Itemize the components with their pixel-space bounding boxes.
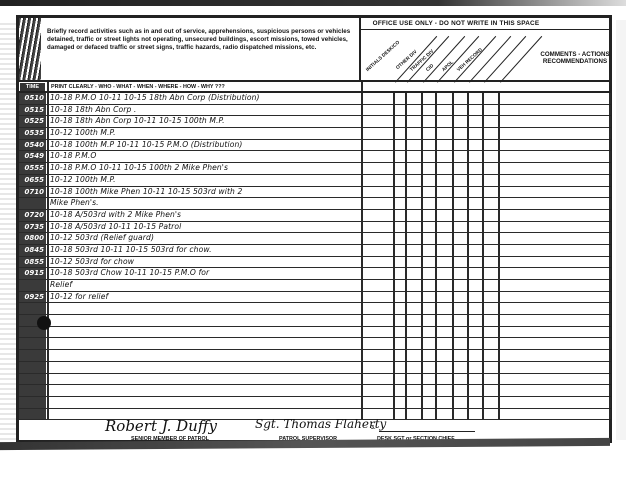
divider: [482, 222, 484, 233]
table-row: Mike Phen's.: [19, 198, 609, 210]
divider: [435, 151, 437, 162]
divider: [435, 175, 437, 186]
divider: [435, 187, 437, 198]
log-table: 051010-18 P.M.O 10-11 10-15 18th Abn Cor…: [19, 93, 609, 420]
office-use-panel: OFFICE USE ONLY - DO NOT WRITE IN THIS S…: [361, 18, 609, 82]
activity-cell: [50, 338, 360, 349]
activity-log-form: Briefly record activities such as in and…: [16, 15, 612, 443]
divider: [405, 187, 407, 198]
divider: [609, 233, 611, 244]
divider: [467, 175, 469, 186]
divider: [435, 222, 437, 233]
divider: [498, 397, 500, 408]
divider: [467, 222, 469, 233]
divider: [405, 362, 407, 373]
divider: [452, 187, 454, 198]
time-cell: 0735: [19, 222, 46, 233]
divider: [482, 268, 484, 279]
activity-cell: [50, 315, 360, 326]
divider: [393, 257, 395, 268]
divider: [609, 175, 611, 186]
time-cell: [19, 409, 46, 420]
divider: [421, 163, 423, 174]
divider: [498, 362, 500, 373]
divider: [405, 257, 407, 268]
divider: [467, 362, 469, 373]
divider: [609, 140, 611, 151]
divider: [421, 268, 423, 279]
desk-number: 3.: [371, 425, 376, 431]
divider: [609, 128, 611, 139]
time-cell: 0845: [19, 245, 46, 256]
divider: [452, 93, 454, 104]
divider: [467, 350, 469, 361]
divider: [452, 292, 454, 303]
time-cell: [19, 198, 46, 209]
divider: [361, 140, 363, 151]
activity-column-header: PRINT CLEARLY - WHO - WHAT - WHEN - WHER…: [51, 83, 225, 91]
divider: [47, 374, 49, 385]
divider: [435, 409, 437, 420]
divider: [498, 280, 500, 291]
activity-cell: 10-18 P.M.O 10-11 10-15 100th 2 Mike Phe…: [50, 163, 360, 174]
divider: [361, 362, 363, 373]
divider: [405, 268, 407, 279]
divider: [435, 374, 437, 385]
divider: [467, 245, 469, 256]
time-cell: 0549: [19, 151, 46, 162]
divider: [393, 303, 395, 314]
divider: [482, 374, 484, 385]
activity-cell: [50, 327, 360, 338]
divider: [361, 105, 363, 116]
divider: [361, 303, 363, 314]
divider: [609, 257, 611, 268]
divider: [609, 151, 611, 162]
divider: [47, 116, 49, 127]
divider: [435, 268, 437, 279]
activity-cell: 10-18 P.M.O: [50, 151, 360, 162]
divider: [435, 163, 437, 174]
desk-signature-line: [379, 431, 475, 432]
divider: [452, 374, 454, 385]
divider: [609, 338, 611, 349]
divider: [609, 303, 611, 314]
divider: [361, 385, 363, 396]
divider: [421, 116, 423, 127]
divider: [361, 257, 363, 268]
divider: [435, 292, 437, 303]
divider: [452, 280, 454, 291]
time-cell: 0535: [19, 128, 46, 139]
divider: [609, 210, 611, 221]
divider: [405, 280, 407, 291]
divider: [361, 175, 363, 186]
divider: [435, 245, 437, 256]
divider: [393, 268, 395, 279]
table-row: Relief: [19, 280, 609, 292]
divider: [421, 222, 423, 233]
divider: [467, 385, 469, 396]
divider: [609, 409, 611, 420]
divider: [609, 163, 611, 174]
divider: [467, 327, 469, 338]
time-cell: 0515: [19, 105, 46, 116]
divider: [47, 198, 49, 209]
divider: [435, 140, 437, 151]
table-row: 085510-12 503rd for chow: [19, 257, 609, 269]
divider: [482, 175, 484, 186]
divider: [47, 187, 49, 198]
divider: [405, 292, 407, 303]
divider: [452, 198, 454, 209]
divider: [498, 315, 500, 326]
divider: [500, 36, 542, 83]
time-cell: [19, 303, 46, 314]
divider: [47, 350, 49, 361]
divider: [482, 362, 484, 373]
divider: [482, 303, 484, 314]
divider: [421, 362, 423, 373]
divider: [393, 140, 395, 151]
divider: [361, 397, 363, 408]
time-cell: 0510: [19, 93, 46, 104]
divider: [609, 198, 611, 209]
divider: [405, 140, 407, 151]
divider: [498, 187, 500, 198]
divider: [467, 257, 469, 268]
divider: [405, 327, 407, 338]
divider: [361, 151, 363, 162]
divider: [421, 327, 423, 338]
divider: [609, 397, 611, 408]
divider: [393, 128, 395, 139]
divider: [467, 93, 469, 104]
divider: [467, 233, 469, 244]
divider: [421, 198, 423, 209]
divider: [47, 385, 49, 396]
divider: [435, 105, 437, 116]
divider: [482, 116, 484, 127]
divider: [393, 116, 395, 127]
divider: [405, 409, 407, 420]
divider: [609, 315, 611, 326]
time-cell: 0855: [19, 257, 46, 268]
activity-cell: 10-12 100th M.P.: [50, 128, 360, 139]
time-cell: 0720: [19, 210, 46, 221]
divider: [361, 338, 363, 349]
divider: [405, 198, 407, 209]
activity-cell: 10-18 A/503rd 10-11 10-15 Patrol: [50, 222, 360, 233]
divider: [393, 397, 395, 408]
divider: [421, 175, 423, 186]
divider: [482, 105, 484, 116]
divider: [421, 374, 423, 385]
divider: [405, 175, 407, 186]
divider: [361, 187, 363, 198]
divider: [482, 315, 484, 326]
table-row: [19, 315, 609, 327]
divider: [47, 93, 49, 104]
divider: [421, 292, 423, 303]
table-row: 065510-12 100th M.P.: [19, 175, 609, 187]
divider: [393, 245, 395, 256]
divider: [393, 280, 395, 291]
table-row: 073510-18 A/503rd 10-11 10-15 Patrol: [19, 222, 609, 234]
divider: [361, 350, 363, 361]
divider: [47, 409, 49, 420]
activity-cell: 10-18 503rd Chow 10-11 10-15 P.M.O for: [50, 268, 360, 279]
divider: [609, 105, 611, 116]
activity-cell: 10-18 A/503rd with 2 Mike Phen's: [50, 210, 360, 221]
patrol-signature: Robert J. Duffy: [105, 417, 217, 435]
table-row: 072010-18 A/503rd with 2 Mike Phen's: [19, 210, 609, 222]
divider: [421, 187, 423, 198]
time-cell: [19, 374, 46, 385]
divider: [482, 245, 484, 256]
divider: [482, 163, 484, 174]
divider: [482, 338, 484, 349]
divider: [405, 210, 407, 221]
divider: [405, 350, 407, 361]
scan-top-edge: [0, 0, 626, 6]
divider: [361, 374, 363, 385]
divider: [452, 210, 454, 221]
supervisor-signature: Sgt. Thomas Flaherty: [255, 417, 386, 431]
divider: [421, 280, 423, 291]
divider: [421, 315, 423, 326]
divider: [452, 245, 454, 256]
divider: [47, 292, 49, 303]
divider: [467, 303, 469, 314]
divider: [452, 303, 454, 314]
divider: [405, 116, 407, 127]
time-cell: 0655: [19, 175, 46, 186]
activity-cell: Mike Phen's.: [50, 198, 360, 209]
divider: [452, 175, 454, 186]
divider: [467, 163, 469, 174]
divider: [405, 233, 407, 244]
activity-cell: 10-18 503rd 10-11 10-15 503rd for chow.: [50, 245, 360, 256]
divider: [47, 105, 49, 116]
divider: [467, 210, 469, 221]
divider: [47, 82, 49, 91]
divider: [452, 116, 454, 127]
divider: [405, 374, 407, 385]
time-cell: 0925: [19, 292, 46, 303]
binder-hole: [37, 316, 51, 330]
activity-cell: 10-18 P.M.O 10-11 10-15 18th Abn Corp (D…: [50, 93, 360, 104]
divider: [452, 385, 454, 396]
divider: [452, 327, 454, 338]
scan-right-edge: [616, 20, 626, 440]
divider: [498, 210, 500, 221]
divider: [47, 163, 49, 174]
instructions-panel: Briefly record activities such as in and…: [19, 18, 361, 82]
divider: [47, 233, 49, 244]
divider: [467, 198, 469, 209]
divider: [361, 163, 363, 174]
divider: [467, 338, 469, 349]
activity-cell: [50, 362, 360, 373]
divider: [609, 374, 611, 385]
activity-cell: 10-12 503rd for chow: [50, 257, 360, 268]
time-cell: [19, 362, 46, 373]
divider: [47, 140, 49, 151]
divider: [361, 222, 363, 233]
table-row: [19, 303, 609, 315]
divider: [421, 245, 423, 256]
divider: [393, 362, 395, 373]
time-cell: 0555: [19, 163, 46, 174]
divider: [452, 140, 454, 151]
divider: [405, 93, 407, 104]
divider: [421, 105, 423, 116]
divider: [421, 233, 423, 244]
divider: [361, 93, 363, 104]
column-header-row: TIME PRINT CLEARLY - WHO - WHAT - WHEN -…: [19, 82, 609, 93]
divider: [452, 257, 454, 268]
divider: [435, 257, 437, 268]
divider: [467, 409, 469, 420]
divider: [361, 292, 363, 303]
divider: [393, 315, 395, 326]
divider: [393, 350, 395, 361]
divider: [467, 315, 469, 326]
divider: [498, 140, 500, 151]
divider: [47, 222, 49, 233]
divider: [47, 280, 49, 291]
divider: [498, 245, 500, 256]
divider: [361, 268, 363, 279]
office-use-title: OFFICE USE ONLY - DO NOT WRITE IN THIS S…: [361, 20, 551, 27]
divider: [47, 268, 49, 279]
divider: [482, 280, 484, 291]
divider: [405, 397, 407, 408]
divider: [452, 233, 454, 244]
divider: [482, 140, 484, 151]
divider: [405, 315, 407, 326]
divider: [482, 93, 484, 104]
table-row: 053510-12 100th M.P.: [19, 128, 609, 140]
divider: [47, 175, 49, 186]
divider: [498, 257, 500, 268]
divider: [435, 397, 437, 408]
divider: [452, 151, 454, 162]
time-cell: 0525: [19, 116, 46, 127]
activity-cell: [50, 397, 360, 408]
divider: [361, 315, 363, 326]
divider: [405, 303, 407, 314]
divider: [482, 210, 484, 221]
activity-cell: 10-18 100th Mike Phen 10-11 10-15 503rd …: [50, 187, 360, 198]
divider: [361, 116, 363, 127]
divider: [393, 210, 395, 221]
divider: [609, 327, 611, 338]
activity-cell: 10-12 100th M.P.: [50, 175, 360, 186]
divider: [482, 350, 484, 361]
table-row: 084510-18 503rd 10-11 10-15 503rd for ch…: [19, 245, 609, 257]
time-cell: [19, 397, 46, 408]
divider: [482, 151, 484, 162]
divider: [482, 233, 484, 244]
table-row: [19, 338, 609, 350]
divider: [467, 280, 469, 291]
divider: [421, 303, 423, 314]
time-cell: [19, 350, 46, 361]
divider: [498, 151, 500, 162]
divider: [482, 292, 484, 303]
divider: [498, 292, 500, 303]
divider: [47, 257, 49, 268]
divider: [609, 350, 611, 361]
divider: [609, 385, 611, 396]
time-cell: 0540: [19, 140, 46, 151]
activity-cell: [50, 385, 360, 396]
divider: [393, 409, 395, 420]
divider: [609, 93, 611, 104]
table-row: 051510-18 18th Abn Corp .: [19, 105, 609, 117]
divider: [452, 338, 454, 349]
divider: [482, 397, 484, 408]
divider: [361, 128, 363, 139]
divider: [609, 362, 611, 373]
divider: [421, 397, 423, 408]
divider: [435, 198, 437, 209]
table-row: [19, 374, 609, 386]
divider: [609, 116, 611, 127]
divider: [393, 151, 395, 162]
divider: [393, 198, 395, 209]
divider: [482, 198, 484, 209]
activity-cell: [50, 350, 360, 361]
divider: [421, 128, 423, 139]
divider: [361, 327, 363, 338]
divider: [405, 338, 407, 349]
divider: [452, 350, 454, 361]
divider: [405, 151, 407, 162]
divider: [393, 93, 395, 104]
divider: [421, 338, 423, 349]
divider: [421, 257, 423, 268]
divider: [421, 210, 423, 221]
divider: [467, 140, 469, 151]
divider: [47, 303, 49, 314]
divider: [361, 280, 363, 291]
activity-cell: [50, 303, 360, 314]
divider: [47, 210, 49, 221]
divider: [609, 222, 611, 233]
divider: [467, 151, 469, 162]
divider: [395, 36, 437, 83]
divider: [498, 327, 500, 338]
hatched-margin: [19, 18, 41, 80]
divider: [393, 292, 395, 303]
divider: [498, 385, 500, 396]
divider: [467, 397, 469, 408]
divider: [452, 222, 454, 233]
table-row: [19, 362, 609, 374]
table-row: [19, 327, 609, 339]
time-cell: [19, 385, 46, 396]
divider: [393, 233, 395, 244]
time-cell: 0710: [19, 187, 46, 198]
divider: [405, 163, 407, 174]
divider: [393, 374, 395, 385]
divider: [435, 350, 437, 361]
divider: [467, 268, 469, 279]
divider: [498, 233, 500, 244]
